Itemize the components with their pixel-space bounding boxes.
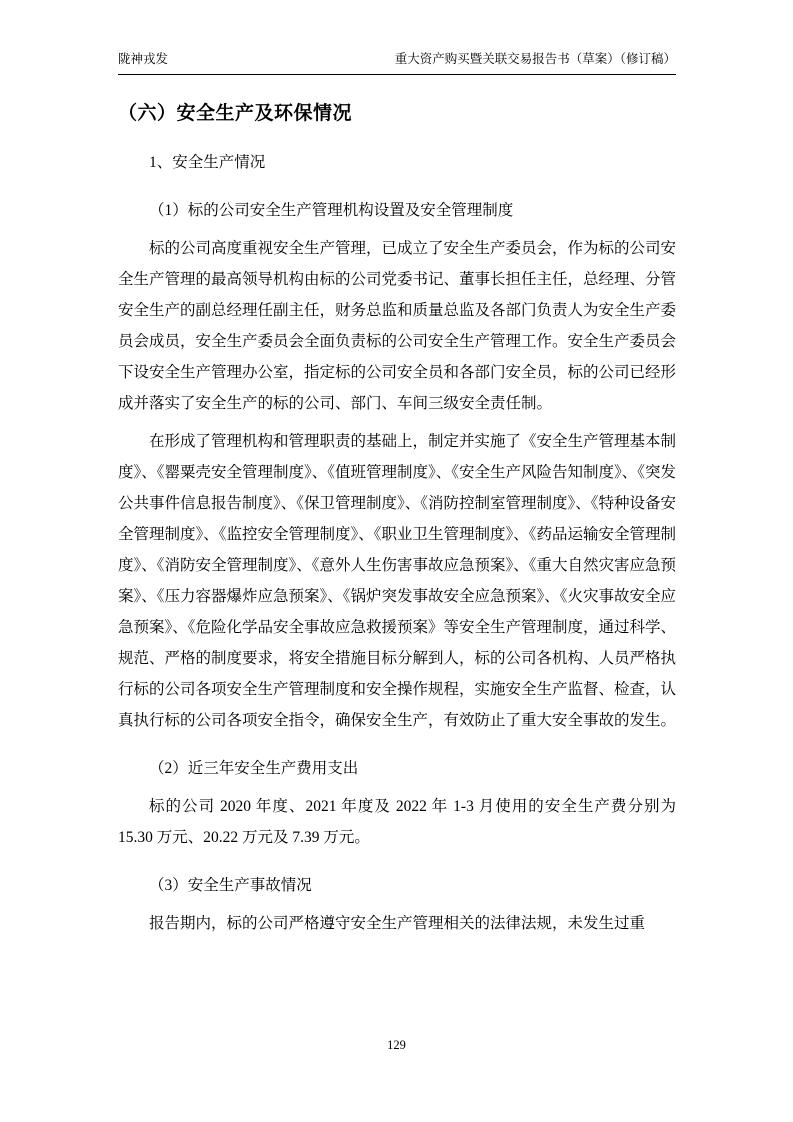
page-number: 129 [0,1036,793,1054]
document-page: 陇神戎发 重大资产购买暨关联交易报告书（草案）（修订稿） （六）安全生产及环保情… [0,0,793,1122]
section-title: （六）安全生产及环保情况 [118,101,676,127]
item-1-heading: （1）标的公司安全生产管理机构设置及安全管理制度 [118,195,676,226]
paragraph-safety-accidents: 报告期内，标的公司严格遵守安全生产管理相关的法律法规，未发生过重 [118,908,676,939]
header-company-name: 陇神戎发 [118,50,168,68]
document-content: 陇神戎发 重大资产购买暨关联交易报告书（草案）（修订稿） （六）安全生产及环保情… [118,50,676,939]
paragraph-safety-committee: 标的公司高度重视安全生产管理，已成立了安全生产委员会，作为标的公司安全生产管理的… [118,233,676,419]
subsection-heading-safety-production: 1、安全生产情况 [118,147,676,178]
paragraph-safety-expenses: 标的公司 2020 年度、2021 年度及 2022 年 1-3 月使用的安全生… [118,791,676,853]
item-3-heading: （3）安全生产事故情况 [118,870,676,901]
paragraph-safety-systems: 在形成了管理机构和管理职责的基础上，制定并实施了《安全生产管理基本制度》、《罂粟… [118,426,676,736]
header-report-title: 重大资产购买暨关联交易报告书（草案）（修订稿） [395,50,676,68]
document-header: 陇神戎发 重大资产购买暨关联交易报告书（草案）（修订稿） [118,50,676,75]
item-2-heading: （2）近三年安全生产费用支出 [118,753,676,784]
